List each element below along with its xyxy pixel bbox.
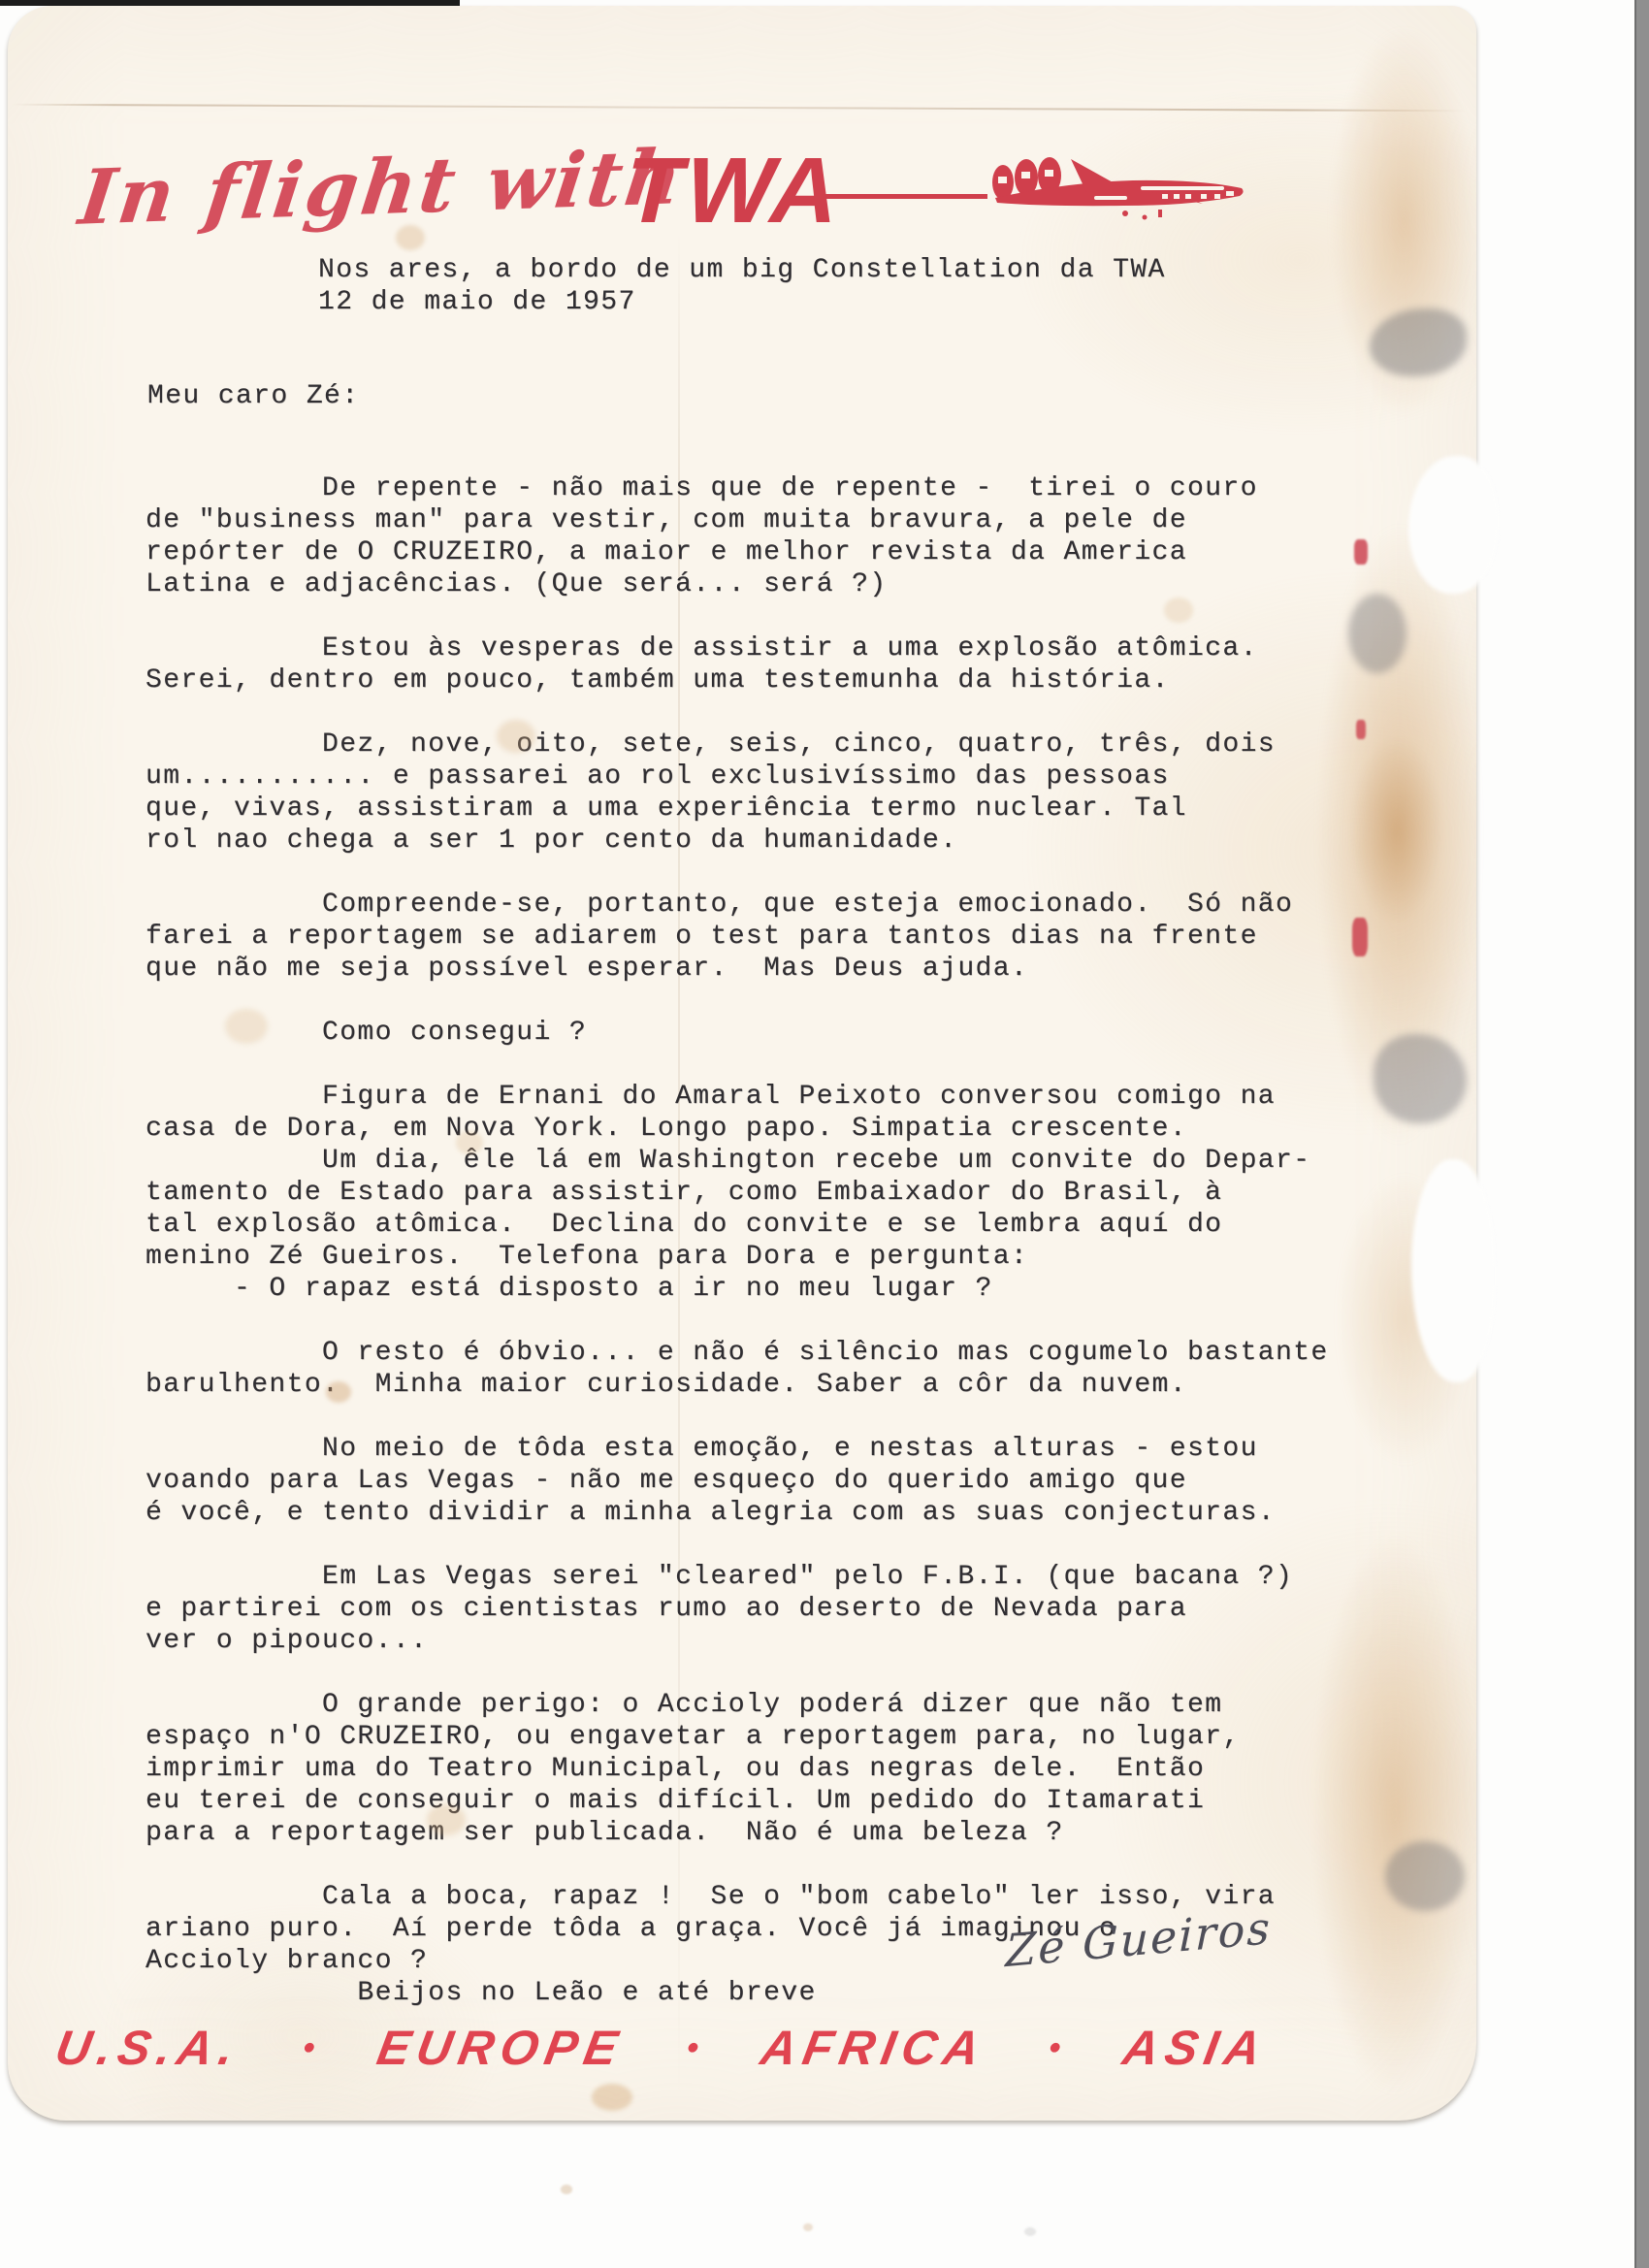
letter-line: barulhento. Minha maior curiosidade. Sab… bbox=[145, 1369, 1377, 1401]
letter-line: ver o pipouco... bbox=[145, 1625, 1377, 1657]
footer-region-asia: ASIA bbox=[1118, 2020, 1272, 2076]
letter-line: eu terei de conseguir o mais difícil. Um… bbox=[145, 1785, 1377, 1817]
bullet-icon: • bbox=[300, 2029, 318, 2067]
scanner-edge-top bbox=[0, 0, 460, 6]
paragraph: Dez, nove, oito, sete, seis, cinco, quat… bbox=[145, 729, 1377, 857]
letter-line: tamento de Estado para assistir, como Em… bbox=[145, 1177, 1377, 1209]
letter-line: voando para Las Vegas - não me esqueço d… bbox=[145, 1465, 1377, 1497]
letter-line: que não me seja possível esperar. Mas De… bbox=[145, 953, 1377, 985]
letter-line: Um dia, êle lá em Washington recebe um c… bbox=[145, 1145, 1377, 1177]
letter-line: espaço n'O CRUZEIRO, ou engavetar a repo… bbox=[145, 1721, 1377, 1753]
letter-line: Beijos no Leão e até breve bbox=[145, 1977, 1377, 2009]
letter-line: um........... e passarei ao rol exclusiv… bbox=[145, 761, 1377, 793]
letter-line: é você, e tento dividir a minha alegria … bbox=[145, 1497, 1377, 1529]
letter-line: farei a reportagem se adiarem o test par… bbox=[145, 921, 1377, 953]
letter-line: repórter de O CRUZEIRO, a maior e melhor… bbox=[145, 536, 1377, 568]
letter-line: Latina e adjacências. (Que será... será … bbox=[145, 568, 1377, 600]
letter-line: Estou às vesperas de assistir a uma expl… bbox=[145, 632, 1377, 664]
letter-line: Compreende-se, portanto, que esteja emoc… bbox=[145, 889, 1377, 921]
paragraph: Como consegui ? bbox=[145, 1017, 1377, 1049]
paragraph: Figura de Ernani do Amaral Peixoto conve… bbox=[145, 1081, 1377, 1305]
letter-line: Dez, nove, oito, sete, seis, cinco, quat… bbox=[145, 729, 1377, 761]
letter-line: imprimir uma do Teatro Municipal, ou das… bbox=[145, 1753, 1377, 1785]
paragraph: De repente - não mais que de repente - t… bbox=[145, 472, 1377, 600]
letter-line: O resto é óbvio... e não é silêncio mas … bbox=[145, 1337, 1377, 1369]
speck bbox=[561, 2185, 572, 2194]
paragraph: O grande perigo: o Accioly poderá dizer … bbox=[145, 1689, 1377, 1849]
letter-line: De repente - não mais que de repente - t… bbox=[145, 472, 1377, 504]
constellation-airplane-icon bbox=[978, 146, 1261, 229]
letter-line: Figura de Ernani do Amaral Peixoto conve… bbox=[145, 1081, 1377, 1113]
scanner-edge-right bbox=[1634, 0, 1649, 2268]
letter-line: para a reportagem ser publicada. Não é u… bbox=[145, 1817, 1377, 1849]
letter-line: de "business man" para vestir, com muita… bbox=[145, 504, 1377, 536]
paragraph: Compreende-se, portanto, que esteja emoc… bbox=[145, 889, 1377, 985]
salutation: Meu caro Zé: bbox=[147, 380, 359, 412]
letter-line: Serei, dentro em pouco, também uma teste… bbox=[145, 664, 1377, 697]
dateline-date: 12 de maio de 1957 bbox=[318, 286, 1166, 318]
letter-line: Em Las Vegas serei "cleared" pelo F.B.I.… bbox=[145, 1561, 1377, 1593]
twa-logo: TWA bbox=[614, 138, 855, 244]
letter-line: tal explosão atômica. Declina do convite… bbox=[145, 1209, 1377, 1241]
route-footer: U.S.A. • EUROPE • AFRICA • ASIA bbox=[51, 2020, 1272, 2076]
dateline-location: Nos ares, a bordo de um big Constellatio… bbox=[318, 254, 1166, 286]
paragraph: No meio de tôda esta emoção, e nestas al… bbox=[145, 1433, 1377, 1529]
letter-line: que, vivas, assistiram a uma experiência… bbox=[145, 793, 1377, 825]
letterhead-rule bbox=[821, 194, 987, 199]
footer-region-europe: EUROPE bbox=[373, 2020, 629, 2076]
dateline: Nos ares, a bordo de um big Constellatio… bbox=[318, 254, 1166, 318]
paragraph: Estou às vesperas de assistir a uma expl… bbox=[145, 632, 1377, 697]
speck bbox=[803, 2223, 813, 2231]
bullet-icon: • bbox=[684, 2029, 702, 2067]
footer-region-usa: U.S.A. bbox=[51, 2020, 244, 2076]
letter-line: O grande perigo: o Accioly poderá dizer … bbox=[145, 1689, 1377, 1721]
letter-line: No meio de tôda esta emoção, e nestas al… bbox=[145, 1433, 1377, 1465]
letter-line: menino Zé Gueiros. Telefona para Dora e … bbox=[145, 1241, 1377, 1273]
letter-line: rol nao chega a ser 1 por cento da human… bbox=[145, 825, 1377, 857]
letter-body: De repente - não mais que de repente - t… bbox=[145, 472, 1377, 2009]
footer-region-africa: AFRICA bbox=[757, 2020, 990, 2076]
paragraph: O resto é óbvio... e não é silêncio mas … bbox=[145, 1337, 1377, 1401]
speck bbox=[1024, 2227, 1036, 2236]
letter-line: e partirei com os cientistas rumo ao des… bbox=[145, 1593, 1377, 1625]
bullet-icon: • bbox=[1046, 2029, 1064, 2067]
letter-line: Como consegui ? bbox=[145, 1017, 1377, 1049]
scanned-letter: In flight with TWA bbox=[0, 0, 1649, 2268]
paragraph: Em Las Vegas serei "cleared" pelo F.B.I.… bbox=[145, 1561, 1377, 1657]
letter-line: casa de Dora, em Nova York. Longo papo. … bbox=[145, 1113, 1377, 1145]
letter-line: - O rapaz está disposto a ir no meu luga… bbox=[145, 1273, 1377, 1305]
